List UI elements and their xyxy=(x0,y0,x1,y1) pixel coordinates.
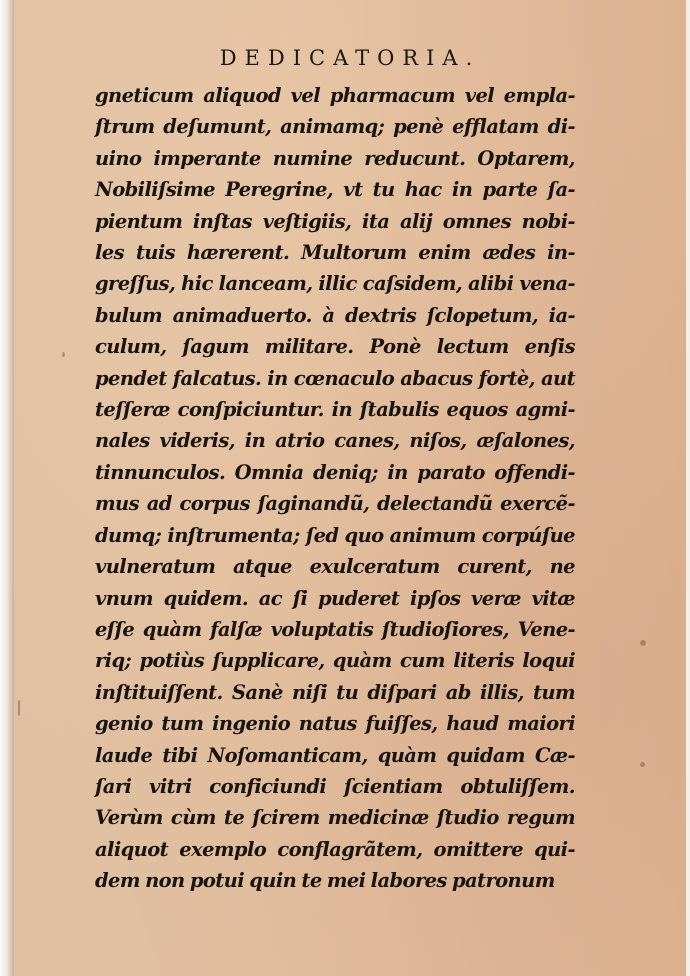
text-line: riq; potiùs ſupplicare, quàm cum literis… xyxy=(95,645,575,676)
running-head: DEDICATORIA. xyxy=(160,46,540,70)
text-line: aliquot exemplo conflagrãtem, omittere q… xyxy=(95,834,575,865)
text-line: mus ad corpus ſaginandũ, delectandũ exer… xyxy=(95,488,575,519)
text-line: eſſe quàm falſæ voluptatis ſtudioſiores,… xyxy=(95,614,575,645)
paper-speck xyxy=(640,762,645,767)
text-line: ſtrum deſumunt, animamq; penè efflatam d… xyxy=(95,111,575,142)
text-line: bulum animaduerto. à dextris ſclopetum, … xyxy=(95,300,575,331)
text-line: genio tum ingenio natus fuiſſes, haud ma… xyxy=(95,708,575,739)
text-line: vulneratum atque exulceratum curent, ne xyxy=(95,551,575,582)
page-gutter xyxy=(0,0,14,976)
paper-speck xyxy=(62,352,65,357)
text-line: pientum inſtas veſtigiis, ita alij omnes… xyxy=(95,206,575,237)
text-line: teſſeræ conſpiciuntur. in ſtabulis equos… xyxy=(95,394,575,425)
text-line: gneticum aliquod vel pharmacum vel empla… xyxy=(95,80,575,111)
text-line: Nobiliſsime Peregrine, vt tu hac in part… xyxy=(95,174,575,205)
text-line: inſtituiſſent. Sanè niſi tu diſpari ab i… xyxy=(95,677,575,708)
text-line: nales videris, in atrio canes, niſos, æſ… xyxy=(95,425,575,456)
page-body-text: gneticum aliquod vel pharmacum vel empla… xyxy=(95,80,575,897)
paper-speck xyxy=(640,640,646,646)
text-line: dem non potui quin te mei labores patron… xyxy=(95,865,575,896)
text-line: les tuis hærerent. Multorum enim ædes in… xyxy=(95,237,575,268)
text-line: pendet falcatus. in cœnaculo abacus fort… xyxy=(95,363,575,394)
text-line: uino imperante numine reducunt. Optarem, xyxy=(95,143,575,174)
page-right-edge xyxy=(686,0,690,976)
text-line: greſſus, hic lanceam, illic caſsidem, al… xyxy=(95,268,575,299)
paper-speck xyxy=(18,700,20,716)
text-line: culum, ſagum militare. Ponè lectum enſis xyxy=(95,331,575,362)
text-line: laude tibi Noſomanticam, quàm quidam Cæ- xyxy=(95,740,575,771)
text-line: tinnunculos. Omnia deniq; in parato offe… xyxy=(95,457,575,488)
text-line: dumq; inſtrumenta; ſed quo animum corpúſ… xyxy=(95,520,575,551)
text-line: ſari vitri conficiundi ſcientiam obtuliſ… xyxy=(95,771,575,802)
text-line: vnum quidem. ac ſi puderet ipſos veræ vi… xyxy=(95,583,575,614)
text-line: Verùm cùm te ſcirem medicinæ ſtudio regu… xyxy=(95,802,575,833)
